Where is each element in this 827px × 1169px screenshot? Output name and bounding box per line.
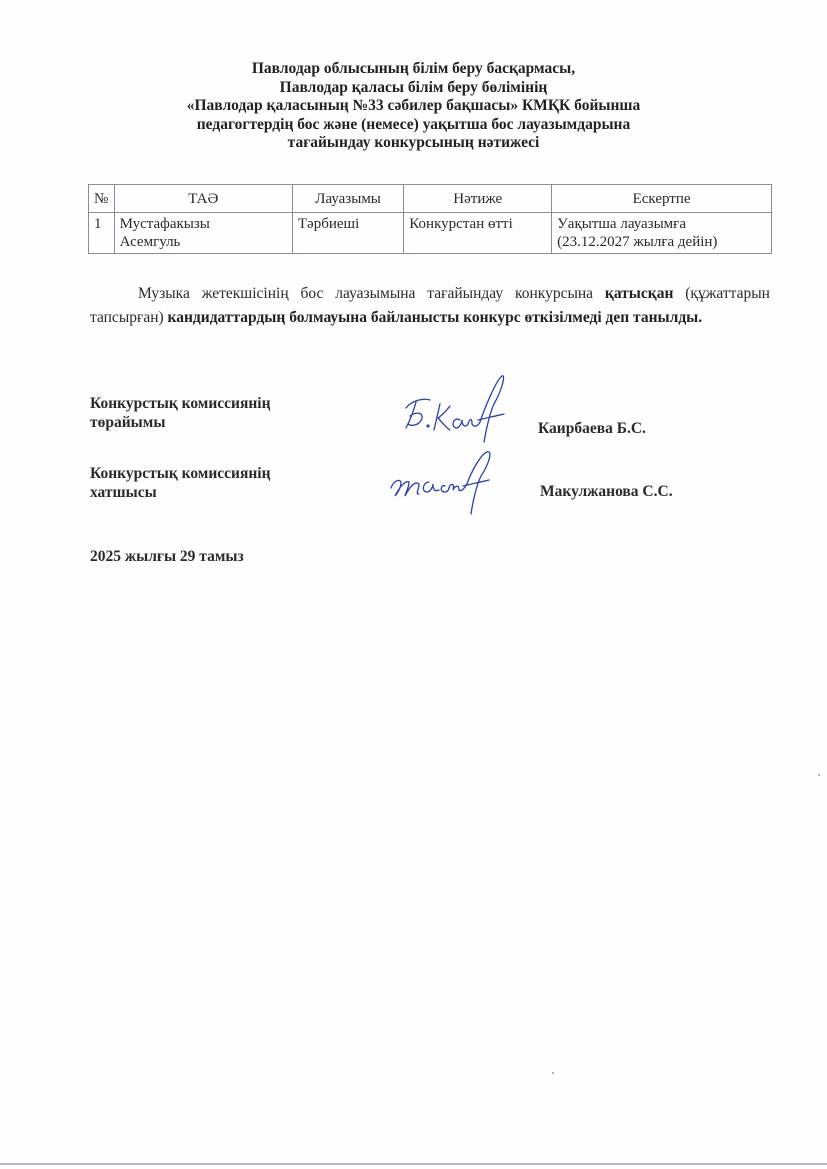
scan-speck bbox=[818, 774, 820, 776]
document-date: 2025 жылғы 29 тамыз bbox=[90, 548, 244, 566]
column-header-full-name: ТАӘ bbox=[114, 185, 292, 213]
column-header-note: Ескертпе bbox=[552, 185, 772, 213]
secretary-role-line-2: хатшысы bbox=[90, 483, 271, 502]
secretary-role-label: Конкурстық комиссиянің хатшысы bbox=[90, 464, 271, 502]
title-line-3: «Павлодар қаласының №33 сәбилер бақшасы»… bbox=[0, 97, 827, 116]
chair-role-label: Конкурстық комиссиянің төрайымы bbox=[90, 394, 271, 432]
secretary-role-line-1: Конкурстық комиссиянің bbox=[90, 464, 271, 483]
document-title: Павлодар облысының білім беру басқармасы… bbox=[0, 60, 827, 153]
table-row: 1 Мустафакызы Асемгуль Тәрбиеші Конкурст… bbox=[89, 213, 772, 254]
scan-speck bbox=[552, 1072, 554, 1074]
paragraph-text-1: Музыка жетекшісінің бос лауазымына тағай… bbox=[138, 285, 605, 302]
note-line-1: Уақытша лауазымға bbox=[557, 215, 766, 233]
title-line-5: тағайындау конкурсының нәтижесі bbox=[0, 134, 827, 153]
column-header-position: Лауазымы bbox=[292, 185, 403, 213]
cell-note: Уақытша лауазымға (23.12.2027 жылға дейі… bbox=[552, 213, 772, 254]
scan-bottom-edge bbox=[0, 1163, 827, 1165]
column-header-result: Нәтиже bbox=[404, 185, 552, 213]
cell-number: 1 bbox=[89, 213, 115, 254]
column-header-number: № bbox=[89, 185, 115, 213]
chair-role-line-1: Конкурстық комиссиянің bbox=[90, 394, 271, 413]
results-table: № ТАӘ Лауазымы Нәтиже Ескертпе 1 Мустафа… bbox=[88, 184, 772, 254]
title-line-4: педагогтердің бос және (немесе) уақытша … bbox=[0, 116, 827, 135]
chair-name: Каирбаева Б.С. bbox=[538, 420, 646, 438]
chair-signature-icon bbox=[398, 370, 518, 450]
chair-role-line-2: төрайымы bbox=[90, 413, 271, 432]
cell-result: Конкурстан өтті bbox=[404, 213, 552, 254]
title-line-2: Павлодар қаласы білім беру бөлімінің bbox=[0, 79, 827, 98]
paragraph-bold-1: қатысқан bbox=[605, 285, 674, 302]
note-line-2: (23.12.2027 жылға дейін) bbox=[557, 233, 766, 251]
paragraph-bold-2: кандидаттардың болмауына байланысты конк… bbox=[168, 309, 703, 326]
secretary-signature-icon bbox=[385, 448, 505, 520]
title-line-1: Павлодар облысының білім беру басқармасы… bbox=[0, 60, 827, 79]
cell-position: Тәрбиеші bbox=[292, 213, 403, 254]
table-header-row: № ТАӘ Лауазымы Нәтиже Ескертпе bbox=[89, 185, 772, 213]
announcement-paragraph: Музыка жетекшісінің бос лауазымына тағай… bbox=[90, 282, 770, 330]
full-name-line-2: Асемгуль bbox=[120, 233, 287, 251]
cell-full-name: Мустафакызы Асемгуль bbox=[114, 213, 292, 254]
full-name-line-1: Мустафакызы bbox=[120, 215, 287, 233]
secretary-name: Макулжанова С.С. bbox=[540, 483, 673, 501]
